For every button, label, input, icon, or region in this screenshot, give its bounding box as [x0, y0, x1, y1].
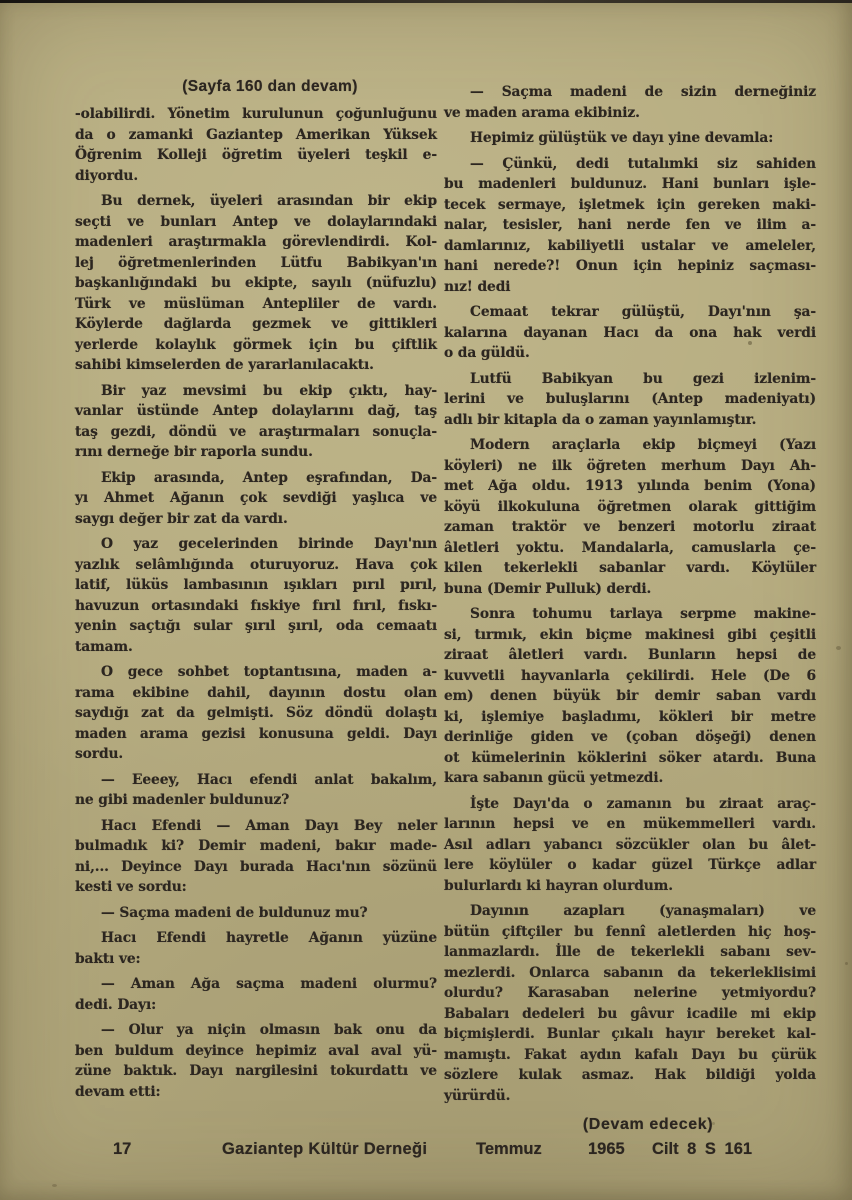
text-line: Hepimiz gülüştük ve dayı yine devamla:	[444, 128, 816, 149]
text-line: lerini ve buluşlarını (Antep madeniyatı)	[444, 389, 816, 410]
text-line: saygı değer bir zat da vardı.	[75, 509, 437, 530]
text-line: Asıl adları yabancı sözcükler olan bu âl…	[444, 835, 816, 856]
text-line: hani nerede?! Onun için hepiniz saçması-	[444, 256, 816, 277]
text-line: Cemaat tekrar gülüştü, Dayı'nın şa-	[444, 302, 816, 323]
left-column: -olabilirdi. Yönetim kurulunun çoğunluğu…	[75, 104, 437, 1102]
text-line: rını derneğe bir raporla sundu.	[75, 442, 437, 463]
text-line: damlarınız, kabiliyetli ustalar ve amele…	[444, 236, 816, 257]
text-line: O yaz gecelerinden birinde Dayı'nın	[75, 534, 437, 555]
text-line: kesti ve sordu:	[75, 877, 437, 898]
end-note: (Devam edecek)	[444, 1115, 816, 1136]
paragraph: Ekip arasında, Antep eşrafından, Da-yı A…	[75, 468, 437, 530]
issue-month: Temmuz	[476, 1140, 542, 1159]
paragraph: — Eeeey, Hacı efendi anlat bakalım,ne gi…	[75, 770, 437, 811]
text-line: lej öğretmenlerinden Lütfu Babikyan'ın	[75, 253, 437, 274]
text-line: Hacı Efendi — Aman Dayı Bey neler	[75, 816, 437, 837]
paragraph: -olabilirdi. Yönetim kurulunun çoğunluğu…	[75, 104, 437, 186]
text-line: sözlere kulak asmaz. Hak bildiği yolda	[444, 1065, 816, 1086]
text-line: Bir yaz mevsimi bu ekip çıktı, hay-	[75, 381, 437, 402]
paragraph: O gece sohbet toptantısına, maden a-rama…	[75, 662, 437, 765]
text-line: -olabilirdi. Yönetim kurulunun çoğunluğu…	[75, 104, 437, 125]
text-line: Lutfü Babikyan bu gezi izlenim-	[444, 369, 816, 390]
text-line: kara sabanın gücü yetmezdi.	[444, 768, 816, 789]
scan-edge	[0, 0, 852, 3]
paragraph: İşte Dayı'da o zamanın bu ziraat araç-la…	[444, 794, 816, 897]
text-line: si, tırmık, ekin biçme makinesi gibi çeş…	[444, 625, 816, 646]
text-line: taş gezdi, döndü ve araştırmaları sonuçl…	[75, 422, 437, 443]
text-line: kuvvetli hayvanlarla çekilirdi. Hele (De…	[444, 666, 816, 687]
text-line: mezlerdi. Onlarca sabanın da tekerleklis…	[444, 963, 816, 984]
text-line: yürürdü.	[444, 1086, 816, 1107]
text-line: Türk ve müslüman Antepliler de vardı.	[75, 294, 437, 315]
paragraph: — Saçma madeni de buldunuz mu?	[75, 903, 437, 924]
text-line: — Saçma madeni de buldunuz mu?	[75, 903, 437, 924]
text-line: olurdu? Karasaban nelerine yetmiyordu?	[444, 983, 816, 1004]
text-line: ziraat âletleri vardı. Bunların hepsi de	[444, 645, 816, 666]
text-line: — Çünkü, dedi tutalımki siz sahiden	[444, 154, 816, 175]
text-line: ot kümelerinin köklerini söker atardı. B…	[444, 748, 816, 769]
text-line: maden arama gezisi konusuna geldi. Dayı	[75, 724, 437, 745]
text-line: sordu.	[75, 744, 437, 765]
text-line: seçti ve bunları Antep ve dolaylarındaki	[75, 212, 437, 233]
text-line: âletleri yoktu. Mandalarla, camuslarla ç…	[444, 538, 816, 559]
text-line: vanlar üstünde Antep dolaylarını dağ, ta…	[75, 401, 437, 422]
text-line: Bu dernek, üyeleri arasından bir ekip	[75, 191, 437, 212]
text-line: havuzun ortasındaki fıskiye fırıl fırıl,…	[75, 596, 437, 617]
text-line: Dayının azapları (yanaşmaları) ve	[444, 901, 816, 922]
text-line: baktı ve:	[75, 949, 437, 970]
text-line: yerlerde kolaylık görmek için bu çiftlik	[75, 335, 437, 356]
paragraph: Bu dernek, üyeleri arasından bir ekipseç…	[75, 191, 437, 376]
paper-speck	[52, 1184, 57, 1187]
text-line: ni,... Deyince Dayı burada Hacı'nın sözü…	[75, 857, 437, 878]
text-line: rama ekibine dahil, dayının dostu olan	[75, 683, 437, 704]
text-line: — Eeeey, Hacı efendi anlat bakalım,	[75, 770, 437, 791]
paragraph: Hepimiz gülüştük ve dayı yine devamla:	[444, 128, 816, 149]
text-line: ve maden arama ekibiniz.	[444, 103, 816, 124]
text-line: ki, işlemiye başladımı, kökleri bir metr…	[444, 707, 816, 728]
text-line: Öğrenim Kolleji öğretim üyeleri teşkil e…	[75, 145, 437, 166]
text-line: ne gibi madenler buldunuz?	[75, 790, 437, 811]
paragraph: — Olur ya niçin olmasın bak onu daben bu…	[75, 1020, 437, 1102]
text-line: — Aman Ağa saçma madeni olurmu?	[75, 974, 437, 995]
paper-speck	[836, 646, 841, 650]
text-line: nız! dedi	[444, 277, 816, 298]
text-line: sahibi kimselerden de yararlanılacaktı.	[75, 355, 437, 376]
text-line: Babaları dedeleri bu gâvur icadile mi ek…	[444, 1004, 816, 1025]
text-line: latif, lüküs lambasının ışıkları pırıl p…	[75, 575, 437, 596]
text-line: zaman traktör ve benzeri motorlu ziraat	[444, 517, 816, 538]
page-footer: 17 Gaziantep Kültür Derneği Temmuz 1965 …	[0, 1140, 852, 1164]
text-line: kilen tekerlekli sabanlar vardı. Köylüle…	[444, 558, 816, 579]
text-line: Modern araçlarla ekip biçmeyi (Yazı	[444, 435, 816, 456]
paragraph: Lutfü Babikyan bu gezi izlenim-lerini ve…	[444, 369, 816, 431]
paper-speck	[845, 962, 848, 965]
text-line: Köylerde dağlarda gezmek ve gittikleri	[75, 314, 437, 335]
continuation-note: (Sayfa 160 dan devam)	[75, 78, 437, 96]
issue-volume: Cilt 8 S 161	[652, 1140, 752, 1159]
paragraph: Hacı Efendi — Aman Dayı Bey nelerbulmadı…	[75, 816, 437, 898]
text-line: bulurlardı ki hayran olurdum.	[444, 876, 816, 897]
text-line: em) denen büyük bir demir saban vardı	[444, 686, 816, 707]
text-line: ben buldum deyince hepimiz aval aval yü-	[75, 1041, 437, 1062]
text-line: başkanlığındaki bu ekipte, sayılı (nüfuz…	[75, 273, 437, 294]
text-line: larının hepsi ve en mükemmelleri vardı.	[444, 814, 816, 835]
paper-speck	[748, 341, 752, 345]
text-line: buna (Demir Pulluk) derdi.	[444, 579, 816, 600]
text-line: züne baktık. Dayı nargilesini tokurdattı…	[75, 1061, 437, 1082]
text-line: o da güldü.	[444, 343, 816, 364]
right-column-paragraphs: — Saçma madeni de sizin derneğinizve mad…	[444, 82, 816, 1106]
paragraph: Modern araçlarla ekip biçmeyi (Yazıköyle…	[444, 435, 816, 599]
left-column-paragraphs: -olabilirdi. Yönetim kurulunun çoğunluğu…	[75, 104, 437, 1102]
paragraph: Sonra tohumu tarlaya serpme makine-si, t…	[444, 604, 816, 789]
organization-name: Gaziantep Kültür Derneği	[222, 1140, 427, 1159]
text-line: diyordu.	[75, 166, 437, 187]
scanned-page: (Sayfa 160 dan devam) -olabilirdi. Yönet…	[0, 0, 852, 1200]
text-line: — Olur ya niçin olmasın bak onu da	[75, 1020, 437, 1041]
text-line: bütün çiftçiler bu fennî aletlerden hiç …	[444, 922, 816, 943]
text-line: bulmadık ki? Demir madeni, bakır made-	[75, 836, 437, 857]
text-line: dedi. Dayı:	[75, 995, 437, 1016]
text-line: yenin saçtığı sular şırıl şırıl, oda cem…	[75, 616, 437, 637]
paragraph: O yaz gecelerinden birinde Dayı'nınyazlı…	[75, 534, 437, 657]
text-line: yazlık selâmlığında oturuyoruz. Hava çok	[75, 555, 437, 576]
text-line: O gece sohbet toptantısına, maden a-	[75, 662, 437, 683]
text-line: Sonra tohumu tarlaya serpme makine-	[444, 604, 816, 625]
text-line: da o zamanki Gaziantep Amerikan Yüksek	[75, 125, 437, 146]
paragraph: Bir yaz mevsimi bu ekip çıktı, hay-vanla…	[75, 381, 437, 463]
paragraph: Cemaat tekrar gülüştü, Dayı'nın şa-kalar…	[444, 302, 816, 364]
paragraph: Dayının azapları (yanaşmaları) vebütün ç…	[444, 901, 816, 1106]
paper-speck	[712, 1122, 715, 1125]
text-line: kalarına dayanan Hacı da ona hak verdi	[444, 323, 816, 344]
text-line: yı Ahmet Ağanın çok sevdiği yaşlıca ve	[75, 488, 437, 509]
text-line: lanmazlardı. İlle de tekerlekli sabanı s…	[444, 942, 816, 963]
text-line: tamam.	[75, 637, 437, 658]
paragraph: — Aman Ağa saçma madeni olurmu?dedi. Day…	[75, 974, 437, 1015]
text-line: mamıştı. Fakat aydın kafalı Dayı bu çürü…	[444, 1045, 816, 1066]
paragraph: — Çünkü, dedi tutalımki siz sahidenbu ma…	[444, 154, 816, 298]
text-line: köyleri) ne ilk öğreten merhum Dayı Ah-	[444, 456, 816, 477]
text-line: derinliğe giden ve (çoban döşeği) denen	[444, 727, 816, 748]
paragraph: Hacı Efendi hayretle Ağanın yüzünebaktı …	[75, 928, 437, 969]
text-line: adlı bir kitapla da o zaman yayınlamıştı…	[444, 410, 816, 431]
right-column: — Saçma madeni de sizin derneğinizve mad…	[444, 82, 816, 1136]
text-line: Hacı Efendi hayretle Ağanın yüzüne	[75, 928, 437, 949]
text-line: met Ağa oldu. 1913 yılında benim (Yona)	[444, 476, 816, 497]
text-line: köyü ilkokuluna öğretmen olarak gittiğim	[444, 497, 816, 518]
paragraph: — Saçma madeni de sizin derneğinizve mad…	[444, 82, 816, 123]
text-line: devam etti:	[75, 1082, 437, 1103]
text-line: lere köylüler o kadar güzel Türkçe adlar	[444, 855, 816, 876]
text-line: İşte Dayı'da o zamanın bu ziraat araç-	[444, 794, 816, 815]
text-line: madenleri araştırmakla görevlendirdi. Ko…	[75, 232, 437, 253]
page-number: 17	[113, 1140, 131, 1159]
text-line: saydığı zat da gelmişti. Söz döndü dolaş…	[75, 703, 437, 724]
text-line: nalar, tesisler, hani nerde fen ve ilim …	[444, 215, 816, 236]
text-line: biçmişlerdi. Bunlar çıkalı hayır bereket…	[444, 1024, 816, 1045]
text-line: — Saçma madeni de sizin derneğiniz	[444, 82, 816, 103]
text-line: Ekip arasında, Antep eşrafından, Da-	[75, 468, 437, 489]
text-line: tecek sermaye, işletmek için gereken mak…	[444, 195, 816, 216]
text-line: bu madenleri buldunuz. Hani bunları işle…	[444, 174, 816, 195]
issue-year: 1965	[588, 1140, 625, 1159]
